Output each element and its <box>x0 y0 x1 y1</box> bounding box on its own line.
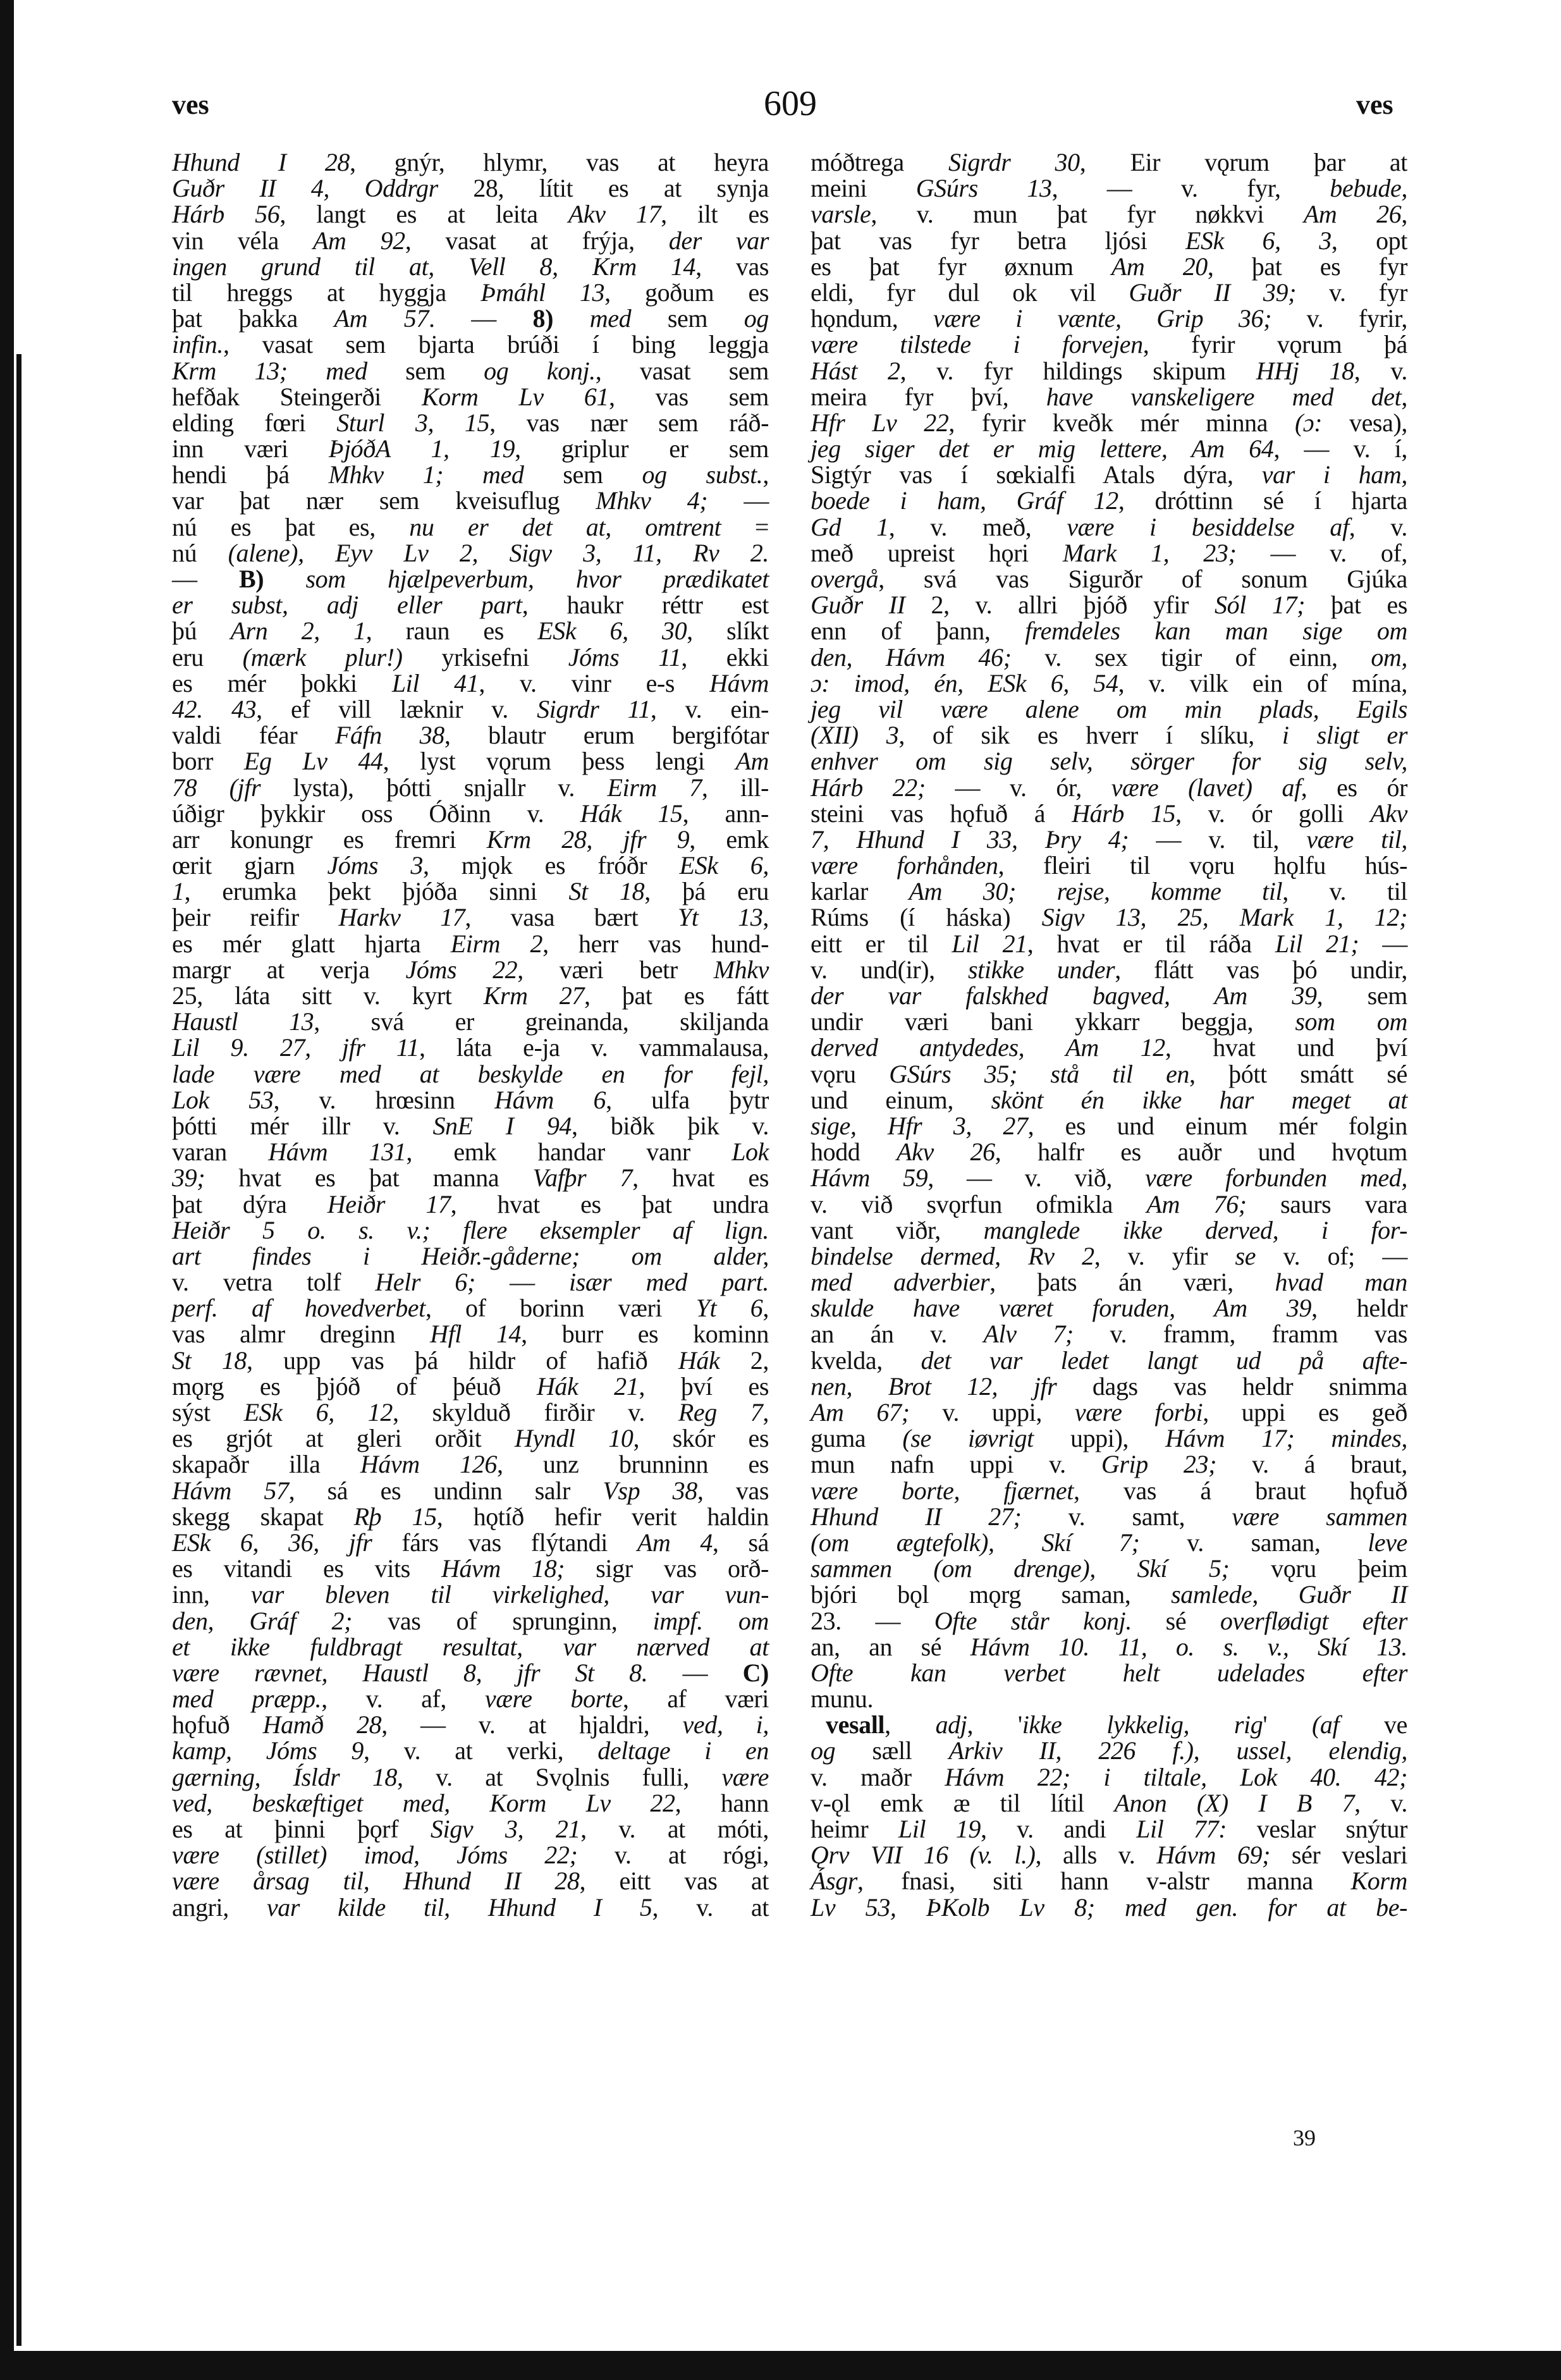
text-line: es grjót at gleri orðit Hyndl 10, skór e… <box>172 1425 769 1451</box>
roman-text: , <box>762 1294 769 1322</box>
text-line: bindelse dermed, Rv 2, v. yfir se v. of;… <box>811 1243 1407 1269</box>
italic-text: Guðr II <box>811 591 905 619</box>
roman-text: meira fyr því, <box>811 383 1046 411</box>
italic-text: Am 57 <box>334 304 429 333</box>
text-line: eldi, fyr dul ok vil Guðr II 39; v. fyr <box>811 279 1407 305</box>
italic-text: 42. 43 <box>172 695 256 723</box>
text-line: — B) som hjælpeverbum, hvor prædikatet <box>172 566 769 592</box>
italic-text: Sigrdr 11 <box>537 695 651 723</box>
italic-text: Eg Lv 44 <box>244 747 383 775</box>
italic-text: Haustl 13 <box>172 1007 314 1036</box>
italic-text: Am 4 <box>637 1528 713 1557</box>
roman-text: , v. hrœsinn <box>273 1086 494 1114</box>
text-line: munu. <box>811 1686 1407 1712</box>
italic-text: Jóms 11 <box>568 643 682 672</box>
roman-text: , v. <box>1354 1789 1407 1817</box>
text-line: og sæll Arkiv II, 226 f.), ussel, elendi… <box>811 1738 1407 1764</box>
text-line: es mér þokki Lil 41, v. vinr e-s Hávm <box>172 670 769 696</box>
roman-text: angri, <box>172 1893 267 1922</box>
text-line: ESk 6, 36, jfr fárs vas flýtandi Am 4, s… <box>172 1530 769 1555</box>
text-line: vin véla Am 92, vasat at frýja, der var <box>172 228 769 254</box>
roman-text: enn of þann, <box>811 616 1025 645</box>
text-line: þú Arn 2, 1, raun es ESk 6, 30, slíkt <box>172 618 769 644</box>
roman-text: v-ǫl emk æ til lítil <box>811 1789 1115 1817</box>
italic-text: (om ægtefolk), Skí 7; <box>811 1528 1139 1557</box>
italic-text: (se iøvrigt <box>902 1424 1033 1452</box>
roman-text: — v. ór, <box>926 773 1111 802</box>
roman-text: , ef vill læknir v. <box>256 695 537 723</box>
text-line: Sigtýr vas í sœkialfi Atals dýra, var i … <box>811 462 1407 488</box>
text-line: art findes i Heiðr.-gåderne; om alder, <box>172 1243 769 1269</box>
roman-text: es þat fyr øxnum <box>811 252 1111 281</box>
text-line: karlar Am 30; rejse, komme til, v. til <box>811 878 1407 904</box>
italic-text: Korm Lv 61 <box>422 383 609 411</box>
italic-text: Hfr Lv 22 <box>811 408 948 437</box>
italic-text: Anon (X) I B 7 <box>1115 1789 1355 1817</box>
italic-text: Hávm 126 <box>360 1450 497 1478</box>
italic-text: ESk 6, 12 <box>244 1398 393 1426</box>
italic-text: Hárb 56 <box>172 200 279 228</box>
italic-text: især med part. <box>569 1268 769 1296</box>
roman-text: , ' <box>967 1710 1022 1739</box>
text-line: være borte, fjærnet, vas á braut hǫfuð <box>811 1478 1407 1504</box>
roman-text: , of borinn væri <box>425 1294 696 1322</box>
roman-text: vas almr dreginn <box>172 1320 430 1348</box>
text-line: sige, Hfr 3, 27, es und einum mér folgin <box>811 1113 1407 1139</box>
roman-text: es grjót at gleri orðit <box>172 1424 515 1452</box>
italic-text: Hást 2 <box>811 357 900 385</box>
italic-text: var i ham, <box>1262 460 1407 489</box>
bold-text: B) <box>239 565 264 593</box>
roman-text: , v. ein- <box>651 695 769 723</box>
text-line: nú (alene), Eyv Lv 2, Sigv 3, 11, Rv 2. <box>172 540 769 566</box>
text-line: er subst, adj eller part, haukr réttr es… <box>172 592 769 618</box>
italic-text: leve <box>1368 1528 1407 1557</box>
text-line: bjóri bǫl mǫrg saman, samlede, Guðr II <box>811 1581 1407 1607</box>
roman-text: , v. andi <box>981 1815 1136 1843</box>
italic-text: sammen (om drenge), Skí 5; <box>811 1554 1229 1583</box>
roman-text: vas of sprunginn, <box>352 1607 653 1635</box>
roman-text: v. fyr <box>1296 278 1407 307</box>
roman-text: an án v. <box>811 1320 984 1348</box>
text-line: Krm 13; med sem og konj., vasat sem <box>172 358 769 384</box>
italic-text: Eirm 2 <box>451 929 542 958</box>
italic-text: være årsag til, Hhund II 28 <box>172 1867 579 1895</box>
text-line: infin., vasat sem bjarta brúði í bing le… <box>172 331 769 357</box>
italic-text: Sigv 3, 21 <box>431 1815 580 1843</box>
text-line: Hhund II 27; v. samt, være sammen <box>811 1504 1407 1530</box>
italic-text: SnE I 94 <box>432 1112 572 1140</box>
text-line: med præpp., v. af, være borte, af væri <box>172 1686 769 1712</box>
roman-text: til hreggs at hyggja <box>172 278 481 307</box>
roman-text: v. uppi, <box>910 1398 1075 1426</box>
italic-text: ved, beskæftiget med, Korm Lv 22 <box>172 1789 675 1817</box>
roman-text: , ilt es <box>661 200 769 228</box>
roman-text: , gnýr, hlymr, vas at heyra <box>350 148 769 176</box>
italic-text: Hfl 14 <box>430 1320 521 1348</box>
italic-text: art findes i Heiðr.-gåderne; om alder, <box>172 1242 769 1270</box>
text-line: vǫru GSúrs 35; stå til en, þótt smátt sé <box>811 1061 1407 1087</box>
roman-text: — v. til, <box>1129 825 1306 854</box>
roman-text: nú es þat es, <box>172 513 409 541</box>
roman-text: v. maðr <box>811 1763 945 1791</box>
italic-text: Reg 7 <box>678 1398 763 1426</box>
italic-text: Krm 13; med <box>172 357 367 385</box>
italic-text: Hávm 17; mindes, <box>1165 1424 1407 1452</box>
roman-text: , vasa bært <box>465 903 678 931</box>
italic-text: Ofte kan verbet helt udelades efter <box>811 1659 1407 1687</box>
roman-text: , of sik es hverr í slíku, <box>898 721 1282 749</box>
text-line: der var falskhed bagved, Am 39, sem <box>811 983 1407 1009</box>
text-line: (XII) 3, of sik es hverr í slíku, i slig… <box>811 722 1407 748</box>
roman-text: , griplur er sem <box>515 434 769 463</box>
roman-text: , es ór <box>1301 773 1407 802</box>
italic-text: Lil 21; <box>1275 929 1359 958</box>
italic-text: Lv 53, ÞKolb Lv 8; med gen. for at be- <box>811 1893 1407 1922</box>
italic-text: Mhkv <box>714 955 769 984</box>
roman-text: hodd <box>811 1138 897 1166</box>
roman-text: = <box>721 513 769 541</box>
italic-text: Yt 6 <box>696 1294 763 1322</box>
roman-text: , þótt smátt sé <box>1189 1060 1407 1088</box>
page-number: 609 <box>752 83 828 124</box>
roman-text: , skylduð firðir v. <box>393 1398 678 1426</box>
text-line: margr at verja Jóms 22, væri betr Mhkv <box>172 957 769 983</box>
text-line: móðtrega Sigrdr 30, Eir vǫrum þar at <box>811 149 1407 175</box>
text-line: Lil 9. 27, jfr 11, láta e-ja v. vammalau… <box>172 1034 769 1060</box>
roman-text: , eitt vas at <box>579 1867 769 1895</box>
roman-text: , v. at Svǫlnis fulli, <box>397 1763 721 1791</box>
italic-text: HHj 18 <box>1256 357 1354 385</box>
roman-text: , v. vilk ein of mína, <box>1118 669 1407 697</box>
roman-text: kvelda, <box>811 1346 921 1375</box>
italic-text: GSúrs 13 <box>916 174 1052 202</box>
italic-text: Hávm 131 <box>268 1138 406 1166</box>
text-line: þótti mér illr v. SnE I 94, biðk þik v. <box>172 1113 769 1139</box>
roman-text: meini <box>811 174 916 202</box>
italic-text: Sturl 3, 15 <box>336 408 489 437</box>
text-line: inn væri ÞjóðA 1, 19, griplur er sem <box>172 436 769 462</box>
text-line: Ofte kan verbet helt udelades efter <box>811 1660 1407 1686</box>
text-line: var þat nær sem kveisuflug Mhkv 4; — <box>172 488 769 513</box>
roman-text: sem <box>367 357 484 385</box>
roman-text: margr at verja <box>172 955 406 984</box>
bold-text: 8) <box>533 304 554 333</box>
text-line: v. maðr Hávm 22; i tiltale, Lok 40. 42; <box>811 1764 1407 1790</box>
italic-text: Ofte står konj. <box>934 1607 1132 1635</box>
italic-text: Arn 2, 1 <box>231 616 366 645</box>
roman-text: , skór es <box>633 1424 769 1452</box>
italic-text: Fáfn 38 <box>335 721 444 749</box>
italic-text: ESk 6, 36, jfr <box>172 1528 372 1557</box>
roman-text: bjóri bǫl mǫrg saman, <box>811 1580 1171 1609</box>
italic-text: Vsp 38 <box>603 1476 697 1505</box>
roman-text: , þat es fátt <box>584 981 769 1010</box>
roman-text: , heldr <box>1311 1294 1407 1322</box>
text-line: (om ægtefolk), Skí 7; v. saman, leve <box>811 1530 1407 1555</box>
italic-text: jeg siger det er mig lettere, Am 64 <box>811 434 1273 463</box>
italic-text: Hyndl 10 <box>515 1424 634 1452</box>
roman-text: . — <box>429 304 533 333</box>
roman-text: nú <box>172 539 228 567</box>
italic-text: skulde have været foruden, Am 39 <box>811 1294 1311 1322</box>
roman-text: þat þakka <box>172 304 334 333</box>
italic-text: nu er det at, omtrent <box>409 513 721 541</box>
roman-text: mun nafn uppi v. <box>811 1450 1101 1478</box>
roman-text: , v. fyr hildings skipum <box>900 357 1256 385</box>
text-line: Hávm 59, — v. við, være forbunden med, <box>811 1165 1407 1191</box>
roman-text: v. sex tigir of einn, <box>1012 643 1371 672</box>
italic-text: være forbunden med, <box>1145 1163 1407 1192</box>
text-line: meira fyr því, have vanskeligere med det… <box>811 384 1407 410</box>
italic-text: Lil 9. 27, jfr 11 <box>172 1033 419 1062</box>
scan-border-left <box>0 0 14 2380</box>
italic-text: Hák <box>678 1346 719 1375</box>
roman-text: , dróttinn sé í hjarta <box>1118 486 1407 515</box>
roman-text: — <box>172 565 239 593</box>
roman-text: v. vetra tolf <box>172 1268 375 1296</box>
italic-text: Krm 27 <box>484 981 584 1010</box>
text-line: være årsag til, Hhund II 28, eitt vas at <box>172 1868 769 1894</box>
roman-text: þeir reifir <box>172 903 338 931</box>
italic-text: Am 67; <box>811 1398 910 1426</box>
roman-text: es mér þokki <box>172 669 392 697</box>
text-line: Lv 53, ÞKolb Lv 8; med gen. for at be- <box>811 1894 1407 1920</box>
text-line: enn of þann, fremdeles kan man sige om <box>811 618 1407 644</box>
italic-text: være rævnet, Haustl 8, jfr St 8. <box>172 1659 647 1687</box>
roman-text: , væri betr <box>517 955 713 984</box>
roman-text: , v. at verki, <box>364 1736 597 1765</box>
italic-text: med <box>590 304 631 333</box>
roman-text: , flátt vas þó undir, <box>1115 955 1407 984</box>
italic-text: Hhund I 28 <box>172 148 350 176</box>
text-line: v. und(ir), stikke under, flátt vas þó u… <box>811 957 1407 983</box>
roman-text: , <box>762 903 769 931</box>
roman-text: , opt <box>1331 226 1407 255</box>
roman-text: , <box>1401 200 1407 228</box>
roman-text: , vasat at frýja, <box>405 226 669 255</box>
roman-text: , emk <box>689 825 769 854</box>
italic-text: Sigrdr 30 <box>948 148 1080 176</box>
bold-text: vesall <box>826 1710 885 1739</box>
italic-text: Harkv 17 <box>338 903 465 931</box>
italic-text: ESk 6, 3 <box>1185 226 1331 255</box>
italic-text: bindelse dermed, Rv 2 <box>811 1242 1094 1270</box>
italic-text: Hák 15 <box>580 799 683 828</box>
text-line: steini vas hǫfuð á Hárb 15, v. ór golli … <box>811 800 1407 826</box>
italic-text: (ɔ: <box>1295 408 1322 437</box>
text-line: an án v. Alv 7; v. framm, framm vas <box>811 1321 1407 1347</box>
text-line: 1, erumka þekt þjóða sinni St 18, þá eru <box>172 878 769 904</box>
text-line: an, an sé Hávm 10. 11, o. s. v., Skí 13. <box>811 1634 1407 1660</box>
text-line: Lok 53, v. hrœsinn Hávm 6, ulfa þytr <box>172 1087 769 1113</box>
italic-text: være tilstede i forvejen <box>811 330 1143 359</box>
roman-text: skegg skapat <box>172 1502 354 1531</box>
text-line: være rævnet, Haustl 8, jfr St 8. — C) <box>172 1660 769 1686</box>
roman-text: , fyrir kveðk mér minna <box>948 408 1295 437</box>
italic-text: Hák 21 <box>537 1372 639 1401</box>
text-line: Rúms (í háska) Sigv 13, 25, Mark 1, 12; <box>811 904 1407 930</box>
roman-text: , vas á braut hǫfuð <box>1074 1476 1407 1505</box>
roman-text: arr konungr es fremri <box>172 825 487 854</box>
italic-text: Sól 17; <box>1215 591 1305 619</box>
italic-text: Arkiv II, 226 f.), ussel, elendig, <box>949 1736 1407 1765</box>
roman-text: — <box>475 1268 569 1296</box>
roman-text: heimr <box>811 1815 898 1843</box>
italic-text: Lok 53 <box>172 1086 273 1114</box>
roman-text: , hann <box>675 1789 769 1817</box>
roman-text: þótti mér illr v. <box>172 1112 432 1140</box>
italic-text: Hávm 59 <box>811 1163 927 1192</box>
italic-text: ÞjóðA 1, 19 <box>329 434 515 463</box>
roman-text: , þat es fyr <box>1208 252 1407 281</box>
roman-text: , v. vinr e-s <box>479 669 709 697</box>
italic-text: være i vænte, Grip 36; <box>933 304 1271 333</box>
text-line: Guðr II 4, Oddrgr 28, lítit es at synja <box>172 175 769 201</box>
italic-text: være <box>721 1763 769 1791</box>
roman-text: , sá es undinn salr <box>289 1476 603 1505</box>
roman-text: , v. at móti, <box>580 1815 769 1843</box>
text-line: es þat fyr øxnum Am 20, þat es fyr <box>811 254 1407 279</box>
roman-text: , <box>762 1398 769 1426</box>
italic-text: nen, Brot 12, jfr <box>811 1372 1056 1401</box>
roman-text: , sem <box>1317 981 1407 1010</box>
text-column-left: Hhund I 28, gnýr, hlymr, vas at heyraGuð… <box>172 149 769 1920</box>
roman-text: , alls v. <box>1036 1841 1157 1869</box>
italic-text: Guðr II 4, Oddrgr <box>172 174 438 202</box>
italic-text: være borte <box>485 1684 623 1713</box>
text-line: 42. 43, ef vill læknir v. Sigrdr 11, v. … <box>172 696 769 722</box>
text-line: 39; hvat es þat manna Vafþr 7, hvat es <box>172 1165 769 1191</box>
roman-text: móðtrega <box>811 148 948 176</box>
italic-text: Am 92 <box>313 226 405 255</box>
roman-text: , svá er greinanda, skiljanda <box>314 1007 769 1036</box>
text-line: angri, var kilde til, Hhund I 5, v. at <box>172 1894 769 1920</box>
text-line: Hást 2, v. fyr hildings skipum HHj 18, v… <box>811 358 1407 384</box>
roman-text: 25, láta sitt v. kyrt <box>172 981 484 1010</box>
italic-text: Mhkv 1; med <box>329 460 524 489</box>
italic-text: Jóms 3 <box>327 851 422 880</box>
roman-text: karlar <box>811 877 909 905</box>
italic-text: det var ledet langt ud på afte- <box>921 1346 1408 1375</box>
italic-text: GSúrs 35; stå til en <box>889 1060 1189 1088</box>
italic-text: i sligt er <box>1282 721 1407 749</box>
text-line: være tilstede i forvejen, fyrir vǫrum þá <box>811 331 1407 357</box>
roman-text: , — v. í, <box>1273 434 1407 463</box>
roman-text: , — v. fyr, <box>1052 174 1330 202</box>
roman-text: vǫru þeim <box>1229 1554 1407 1583</box>
italic-text: Vafþr 7 <box>533 1163 633 1192</box>
signature-mark: 39 <box>1293 2125 1316 2151</box>
roman-text: , blautr erum bergifótar <box>444 721 769 749</box>
italic-text: lade være med at beskylde en for fejl, <box>172 1060 769 1088</box>
text-line: derved antydedes, Am 12, hvat und því <box>811 1034 1407 1060</box>
roman-text: yrkisefni <box>403 643 568 672</box>
text-line: Haustl 13, svá er greinanda, skiljanda <box>172 1009 769 1034</box>
italic-text: være til, <box>1306 825 1407 854</box>
roman-text: es mér glatt hjarta <box>172 929 451 958</box>
roman-text: es vitandi es vits <box>172 1554 441 1583</box>
text-line: med adverbier, þats án væri, hvad man <box>811 1269 1407 1295</box>
text-line: overgå, svá vas Sigurðr of sonum Gjúka <box>811 566 1407 592</box>
italic-text: adj <box>936 1710 967 1739</box>
roman-text: , vas nær sem ráð- <box>489 408 769 437</box>
italic-text: Am <box>735 747 769 775</box>
text-line: perf. af hovedverbet, of borinn væri Yt … <box>172 1295 769 1321</box>
italic-text: var bleven til virkelighed, var vun- <box>251 1580 769 1609</box>
roman-text: 2, <box>719 1346 769 1375</box>
italic-text: den, Gráf 2; <box>172 1607 352 1635</box>
roman-text: sæll <box>835 1736 948 1765</box>
text-line: eitt er til Lil 21, hvat er til ráða Lil… <box>811 931 1407 957</box>
roman-text: undir væri bani ykkarr beggja, <box>811 1007 1295 1036</box>
roman-text: þú <box>172 616 231 645</box>
italic-text: Hárb 15 <box>1072 799 1175 828</box>
roman-text: skapaðr illa <box>172 1450 360 1478</box>
text-line: úðigr þykkir oss Óðinn v. Hák 15, ann- <box>172 800 769 826</box>
italic-text: der var <box>669 226 769 255</box>
text-line: hefðak Steingerði Korm Lv 61, vas sem <box>172 384 769 410</box>
roman-text: , erumka þekt þjóða sinni <box>185 877 569 905</box>
roman-text: , v. at <box>652 1893 769 1922</box>
roman-text <box>264 565 305 593</box>
text-line: hǫfuð Hamð 28, — v. at hjaldri, ved, i, <box>172 1712 769 1738</box>
roman-text: v. við svǫrfun ofmikla <box>811 1190 1146 1218</box>
text-line: Guðr II 2, v. allri þjóð yfir Sól 17; þa… <box>811 592 1407 618</box>
roman-text: hvat es þat manna <box>205 1163 532 1192</box>
text-line: með upreist hǫri Mark 1, 23; — v. of, <box>811 540 1407 566</box>
italic-text: sige, Hfr 3, 27 <box>811 1112 1028 1140</box>
roman-text: , v. með, <box>889 513 1067 541</box>
roman-text: , upp vas þá hildr of hafið <box>247 1346 678 1375</box>
roman-text: , langt es at leita <box>279 200 568 228</box>
roman-text: , svá vas Sigurðr of sonum Gjúka <box>878 565 1407 593</box>
italic-text: Þmáhl 13 <box>481 278 604 307</box>
italic-text: være forbi <box>1075 1398 1203 1426</box>
roman-text: , v. <box>1354 357 1407 385</box>
roman-text: munu. <box>811 1684 873 1713</box>
roman-text: , sá <box>713 1528 769 1557</box>
roman-text: hefðak Steingerði <box>172 383 422 411</box>
roman-text: þat es <box>1305 591 1407 619</box>
text-line: skapaðr illa Hávm 126, unz brunninn es <box>172 1451 769 1477</box>
roman-text: v. saman, <box>1139 1528 1368 1557</box>
text-line: sammen (om drenge), Skí 5; vǫru þeim <box>811 1555 1407 1581</box>
italic-text: med adverbier <box>811 1268 989 1296</box>
scan-border-bottom <box>0 2351 1561 2380</box>
text-line: þat dýra Heiðr 17, hvat es þat undra <box>172 1191 769 1217</box>
text-line: til hreggs at hyggja Þmáhl 13, goðum es <box>172 279 769 305</box>
text-line: þat vas fyr betra ljósi ESk 6, 3, opt <box>811 228 1407 254</box>
roman-text: , vas <box>695 252 769 281</box>
roman-text: , raun es <box>366 616 537 645</box>
roman-text: sem <box>524 460 642 489</box>
roman-text: mǫrg es þjóð of þéuð <box>172 1372 537 1401</box>
text-line: elding fœri Sturl 3, 15, vas nær sem ráð… <box>172 410 769 436</box>
roman-text: , uppi es geð <box>1203 1398 1407 1426</box>
italic-text: skönt én ikke har meget at <box>991 1086 1407 1114</box>
italic-text: var kilde til, Hhund I 5 <box>267 1893 652 1922</box>
italic-text: om, <box>1371 643 1407 672</box>
text-line: Am 67; v. uppi, være forbi, uppi es geð <box>811 1399 1407 1425</box>
italic-text: Hávm 22; i tiltale, Lok 40. 42; <box>945 1763 1407 1791</box>
roman-text: , burr es kominn <box>521 1320 769 1348</box>
italic-text: Hávm 10. 11, o. s. v., Skí 13. <box>970 1633 1407 1661</box>
text-line: meini GSúrs 13, — v. fyr, bebude, <box>811 175 1407 201</box>
text-line: arr konungr es fremri Krm 28, jfr 9, emk <box>172 826 769 852</box>
italic-text: Ásgr <box>811 1867 857 1895</box>
italic-text: Am 30; rejse, komme til <box>909 877 1283 905</box>
